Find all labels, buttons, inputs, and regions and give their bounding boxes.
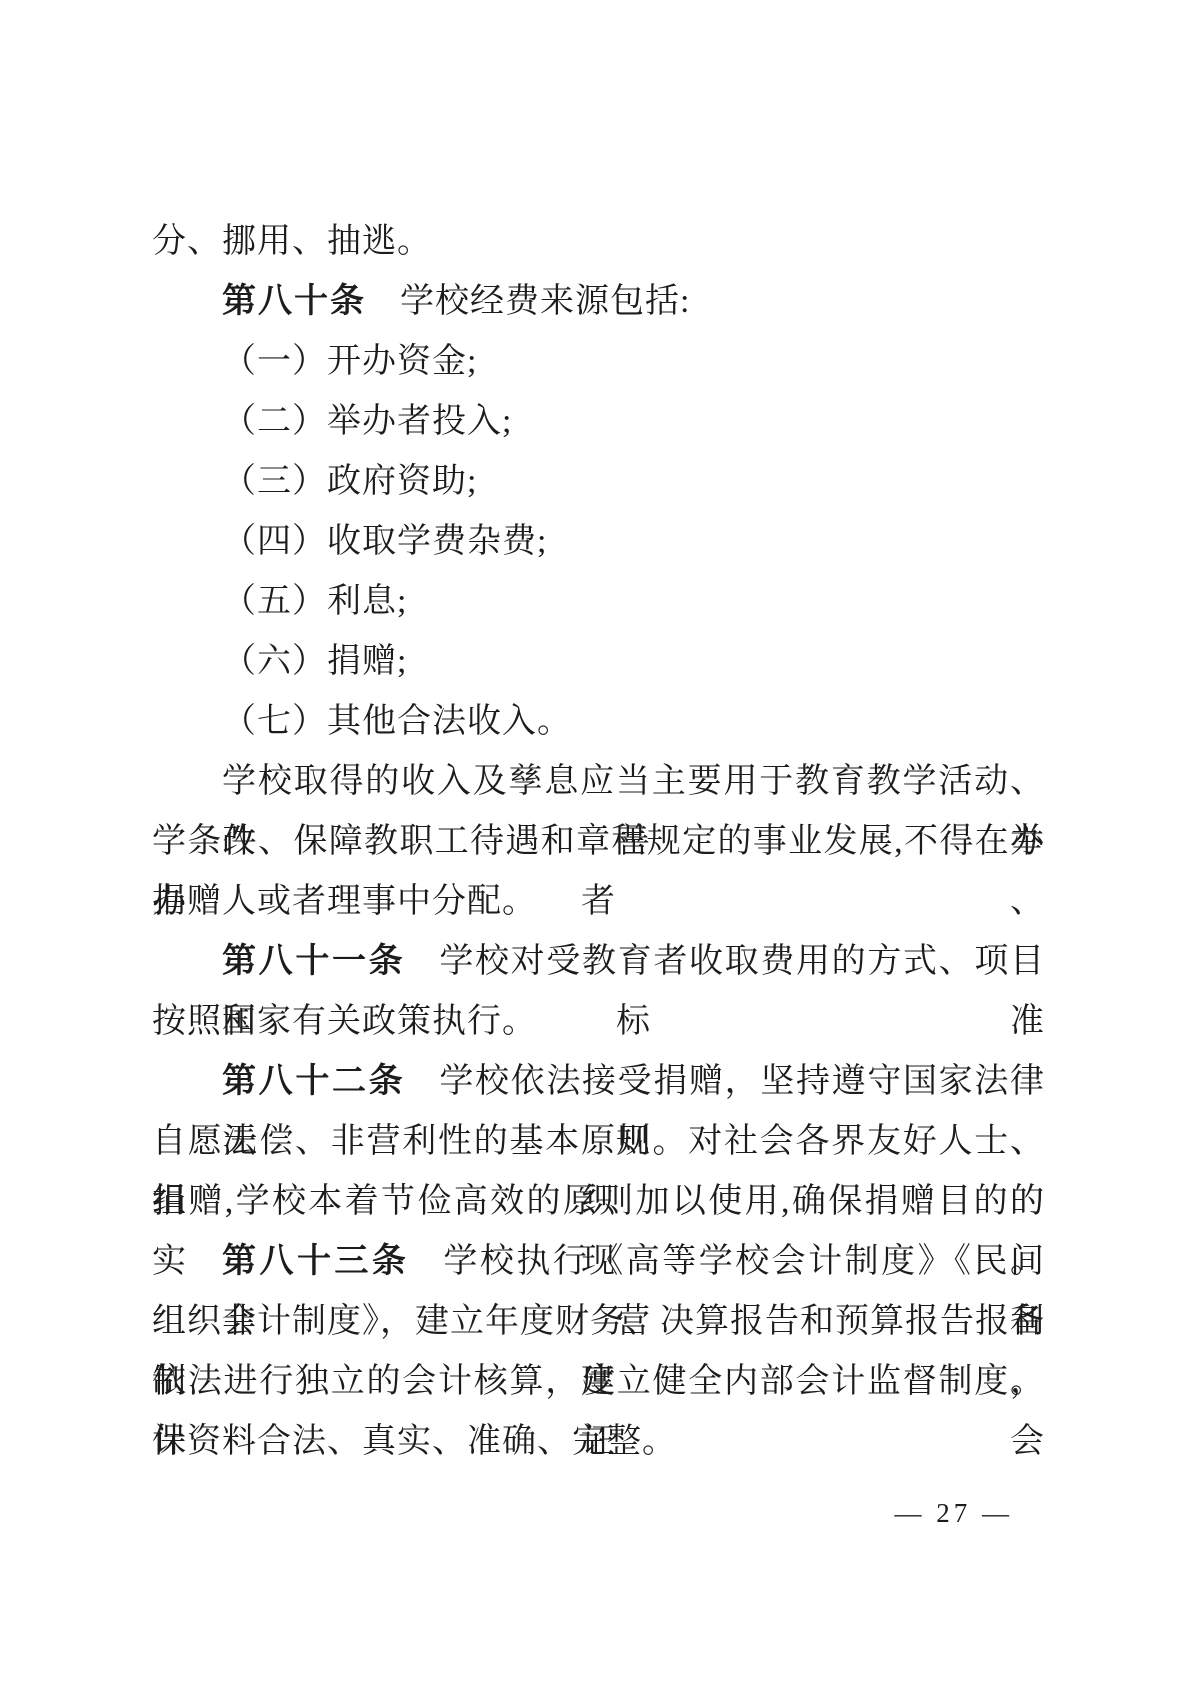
- document-page: 分、挪用、抽逃。第八十条学校经费来源包括:（一）开办资金;（二）举办者投入;（三…: [0, 0, 1191, 1684]
- text-line: 学条件、保障教职工待遇和章程规定的事业发展,不得在举办者、: [152, 812, 1045, 872]
- line-text: 捐赠人或者理事中分配。: [152, 883, 537, 920]
- text-line: （五）利息;: [152, 572, 1045, 632]
- text-line: （七）其他合法收入。: [152, 692, 1045, 752]
- line-text: （三）政府资助;: [222, 463, 477, 500]
- line-text: （七）其他合法收入。: [222, 703, 572, 740]
- line-text: （六）捐赠;: [222, 643, 407, 680]
- line-text: （二）举办者投入;: [222, 403, 512, 440]
- line-text: 按照国家有关政策执行。: [152, 1003, 537, 1040]
- text-line: 学校取得的收入及孳息应当主要用于教育教学活动、改善办: [152, 752, 1045, 812]
- line-text: 学校经费来源包括:: [400, 283, 690, 320]
- text-line: 捐赠,学校本着节俭高效的原则加以使用,确保捐赠目的的实现。: [152, 1172, 1045, 1232]
- text-line: 依法进行独立的会计核算，建立健全内部会计监督制度，保证会: [152, 1352, 1045, 1412]
- article-number: 第八十条: [222, 283, 366, 320]
- text-line: 自愿无偿、非营利性的基本原则。对社会各界友好人士、组织的: [152, 1112, 1045, 1172]
- line-text: （四）收取学费杂费;: [222, 523, 547, 560]
- line-text: （一）开办资金;: [222, 343, 477, 380]
- page-number: — 27 —: [895, 1498, 1014, 1528]
- text-line: 组织会计制度》，建立年度财务、决算报告和预算报告报备制度。: [152, 1292, 1045, 1352]
- page-footer: — 27 —: [0, 1498, 1191, 1529]
- article-number: 第八十三条: [222, 1243, 409, 1280]
- text-line: 第八十二条学校依法接受捐赠，坚持遵守国家法律法规、: [152, 1052, 1045, 1112]
- article-number: 第八十一条: [222, 943, 405, 980]
- text-line: （二）举办者投入;: [152, 392, 1045, 452]
- text-line: （六）捐赠;: [152, 632, 1045, 692]
- text-line: 分、挪用、抽逃。: [152, 212, 1045, 272]
- line-text: 计资料合法、真实、准确、完整。: [152, 1423, 677, 1460]
- text-line: 第八十一条学校对受教育者收取费用的方式、项目和标准: [152, 932, 1045, 992]
- line-text: 分、挪用、抽逃。: [152, 223, 432, 260]
- text-line: （一）开办资金;: [152, 332, 1045, 392]
- document-body: 分、挪用、抽逃。第八十条学校经费来源包括:（一）开办资金;（二）举办者投入;（三…: [152, 212, 1045, 1472]
- line-text: （五）利息;: [222, 583, 407, 620]
- text-line: （三）政府资助;: [152, 452, 1045, 512]
- text-line: （四）收取学费杂费;: [152, 512, 1045, 572]
- text-line: 第八十条学校经费来源包括:: [152, 272, 1045, 332]
- text-line: 第八十三条学校执行《高等学校会计制度》《民间非营利: [152, 1232, 1045, 1292]
- article-number: 第八十二条: [222, 1063, 405, 1100]
